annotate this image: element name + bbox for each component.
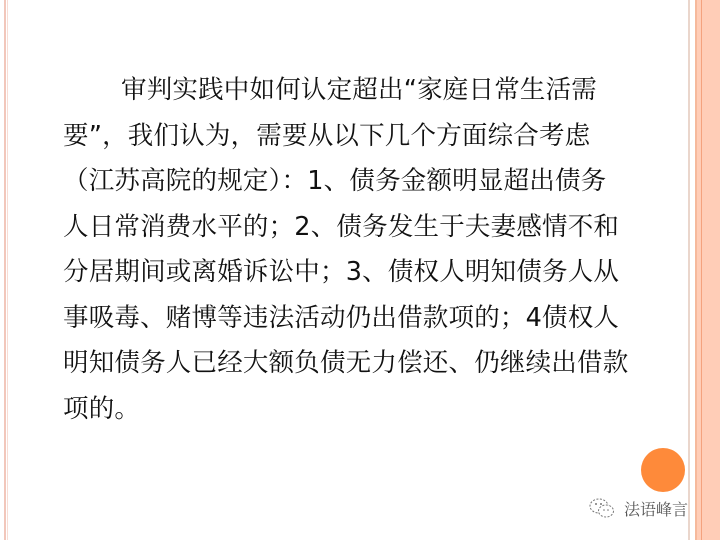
left-border-line [4,0,6,540]
paragraph-line: （江苏高院的规定）：1、债务金额明显超出债务 [63,165,643,211]
watermark: 法语峰言 [588,496,688,520]
wechat-icon [588,497,616,519]
right-band-inner-line [701,0,702,540]
paragraph-line: 分居期间或离婚诉讼中；3、债权人明知债务人从 [63,256,643,302]
orange-circle-decoration [641,448,685,492]
watermark-text: 法语峰言 [624,497,688,520]
body-paragraph: 审判实践中如何认定超出“家庭日常生活需 要”，我们认为，需要从以下几个方面综合考… [63,74,643,438]
right-border-line [688,0,690,540]
paragraph-line: 审判实践中如何认定超出“家庭日常生活需 [63,74,643,120]
paragraph-line: 要”，我们认为，需要从以下几个方面综合考虑 [63,120,643,166]
paragraph-line: 事吸毒、赌博等违法活动仍出借款项的；4债权人 [63,302,643,348]
slide: 审判实践中如何认定超出“家庭日常生活需 要”，我们认为，需要从以下几个方面综合考… [0,0,720,540]
left-border-line-thin [7,0,8,540]
paragraph-line: 项的。 [63,393,643,439]
paragraph-line: 明知债务人已经大额负债无力偿还、仍继续出借款 [63,347,643,393]
paragraph-line: 人日常消费水平的；2、债务发生于夫妻感情不和 [63,211,643,257]
